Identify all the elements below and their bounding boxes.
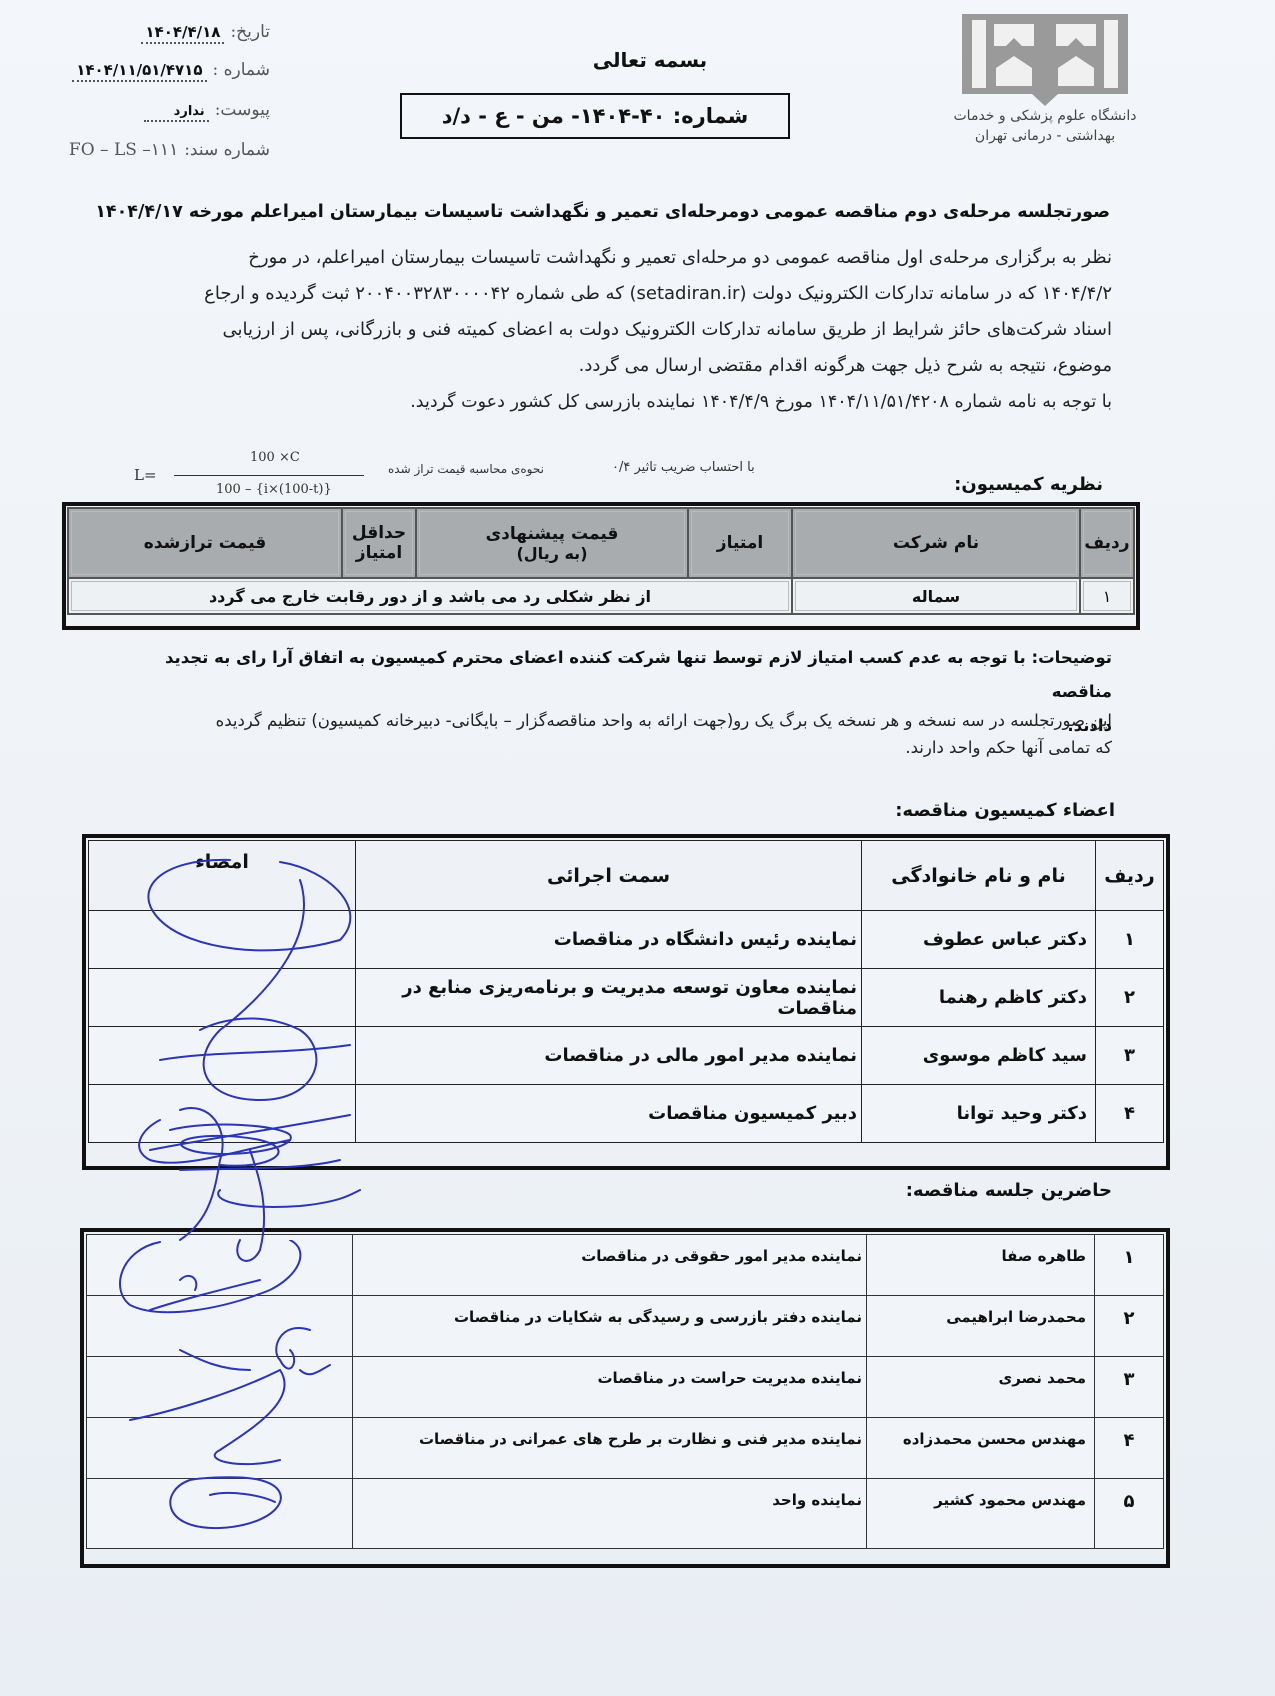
col-score: امتیاز [688, 508, 792, 578]
commission-opinion-heading: نظریه کمیسیون: [954, 474, 1103, 495]
letter-number-label: شماره : [213, 60, 271, 80]
signature-cell [87, 1479, 353, 1549]
attachment-field: پیوست: ندارد [144, 100, 270, 122]
row-index: ۱ [1080, 578, 1134, 614]
boxed-session-number: شماره: ۴۰-۱۴۰۴- من - ع - د/د [400, 93, 790, 139]
leveled-price-formula: L= 100 ×C 100 – {i×(100-t)} [130, 450, 390, 502]
attendee-role: نماینده واحد [353, 1479, 867, 1549]
commission-opinion-table: ردیف نام شرکت امتیاز قیمت پیشنهادی (به ر… [67, 507, 1135, 615]
university-name: دانشگاه علوم پزشکی و خدمات بهداشتی - درم… [940, 106, 1150, 146]
signature-cell [87, 1357, 353, 1418]
formula-lhs: L= [134, 466, 157, 484]
formula-caption: نحوه‌ی محاسبه قیمت تراز شده [388, 462, 544, 476]
doc-number-field: شماره سند: FO – LS –۱۱۱ [69, 140, 270, 160]
signature-cell [89, 1027, 356, 1085]
bismillah-heading: بسمه تعالی [540, 48, 760, 72]
row-index: ۱ [1095, 1235, 1164, 1296]
notes-text: توضیحات: با توجه به عدم کسب امتیاز لازم … [152, 641, 1112, 709]
row-index: ۴ [1096, 1085, 1164, 1143]
paragraph-line: موضوع، نتیجه به شرح ذیل جهت هرگونه اقدام… [152, 348, 1112, 384]
copies-line: این صورتجلسه در سه نسخه و هر نسخه یک برگ… [152, 707, 1112, 734]
paragraph-line: نظر به برگزاری مرحله‌ی اول مناقصه عمومی … [152, 240, 1112, 276]
attendees-table: ۱ طاهره صفا نماینده مدیر امور حقوقی در م… [86, 1234, 1164, 1549]
date-value: ۱۴۰۴/۴/۱۸ [141, 23, 224, 44]
formula-denominator: 100 – {i×(100-t)} [216, 482, 332, 497]
table-row: ۱ سماله از نظر شکلی رد می باشد و از دور … [68, 578, 1134, 614]
copies-statement: این صورتجلسه در سه نسخه و هر نسخه یک برگ… [152, 707, 1112, 761]
intro-paragraph: نظر به برگزاری مرحله‌ی اول مناقصه عمومی … [152, 240, 1112, 420]
signature-cell [87, 1235, 353, 1296]
paragraph-line: اسناد شرکت‌های حائز شرایط از طریق سامانه… [152, 312, 1112, 348]
commission-members-table: ردیف نام و نام خانوادگی سمت اجرائی امضاء… [88, 840, 1164, 1143]
company-name: سماله [792, 578, 1080, 614]
letter-number-field: شماره : ۱۴۰۴/۱۱/۵۱/۴۷۱۵ [72, 60, 270, 82]
attachment-value: ندارد [144, 104, 209, 122]
col-row-index: ردیف [1080, 508, 1134, 578]
table-row: ۴ دکتر وحید توانا دبیر کمیسیون مناقصات [89, 1085, 1164, 1143]
signature-cell [89, 1085, 356, 1143]
member-role: دبیر کمیسیون مناقصات [356, 1085, 862, 1143]
university-name-line1: دانشگاه علوم پزشکی و خدمات [940, 106, 1150, 126]
row-index: ۴ [1095, 1418, 1164, 1479]
table-row: ۱ طاهره صفا نماینده مدیر امور حقوقی در م… [87, 1235, 1164, 1296]
table-row: ۲ محمدرضا ابراهیمی نماینده دفتر بازرسی و… [87, 1296, 1164, 1357]
attendee-role: نماینده مدیریت حراست در مناقصات [353, 1357, 867, 1418]
member-name: سید کاظم موسوی [862, 1027, 1096, 1085]
university-name-line2: بهداشتی - درمانی تهران [940, 126, 1150, 146]
attendee-role: نماینده مدیر امور حقوقی در مناقصات [353, 1235, 867, 1296]
evaluation-result: از نظر شکلی رد می باشد و از دور رقابت خا… [68, 578, 792, 614]
minutes-title: صورتجلسه مرحله‌ی دوم مناقصه عمومی دومرحل… [95, 202, 1110, 222]
col-signature: امضاء [89, 841, 356, 911]
signature-cell [87, 1418, 353, 1479]
attendee-name: محمد نصری [867, 1357, 1095, 1418]
table-row: ۵ مهندس محمود کشیر نماینده واحد [87, 1479, 1164, 1549]
col-company-name: نام شرکت [792, 508, 1080, 578]
col-row-index: ردیف [1096, 841, 1164, 911]
col-proposed-price: قیمت پیشنهادی (به ریال) [416, 508, 688, 578]
attendee-role: نماینده مدیر فنی و نظارت بر طرح های عمرا… [353, 1418, 867, 1479]
scanned-document-page: تاریخ: ۱۴۰۴/۴/۱۸ شماره : ۱۴۰۴/۱۱/۵۱/۴۷۱۵… [0, 0, 1275, 1696]
doc-number-value: FO – LS –۱۱۱ [69, 140, 178, 160]
signature-cell [87, 1296, 353, 1357]
row-index: ۳ [1095, 1357, 1164, 1418]
row-index: ۲ [1095, 1296, 1164, 1357]
member-role: نماینده معاون توسعه مدیریت و برنامه‌ریزی… [356, 969, 862, 1027]
table-row: ۲ دکتر کاظم رهنما نماینده معاون توسعه مد… [89, 969, 1164, 1027]
doc-number-label: شماره سند: [184, 140, 270, 160]
formula-numerator: 100 ×C [250, 450, 300, 465]
row-index: ۵ [1095, 1479, 1164, 1549]
table-row: ۳ محمد نصری نماینده مدیریت حراست در مناق… [87, 1357, 1164, 1418]
col-executive-position: سمت اجرائی [356, 841, 862, 911]
attendee-name: محمدرضا ابراهیمی [867, 1296, 1095, 1357]
attendee-name: مهندس محمود کشیر [867, 1479, 1095, 1549]
row-index: ۲ [1096, 969, 1164, 1027]
table-header-row: ردیف نام و نام خانوادگی سمت اجرائی امضاء [89, 841, 1164, 911]
table-row: ۴ مهندس محسن محمدزاده نماینده مدیر فنی و… [87, 1418, 1164, 1479]
col-leveled-price: قیمت ترازشده [68, 508, 342, 578]
member-name: دکتر وحید توانا [862, 1085, 1096, 1143]
date-label: تاریخ: [230, 22, 270, 42]
col-minimum-score: حداقل امتیاز [342, 508, 416, 578]
fraction-bar [174, 475, 364, 476]
row-index: ۳ [1096, 1027, 1164, 1085]
university-logo-icon [962, 14, 1128, 106]
paragraph-line: ۱۴۰۴/۴/۲ که در سامانه تدارکات الکترونیک … [152, 276, 1112, 312]
table-row: ۱ دکتر عباس عطوف نماینده رئیس دانشگاه در… [89, 911, 1164, 969]
member-name: دکتر کاظم رهنما [862, 969, 1096, 1027]
date-field: تاریخ: ۱۴۰۴/۴/۱۸ [141, 22, 270, 44]
signature-cell [89, 911, 356, 969]
member-role: نماینده مدیر امور مالی در مناقصات [356, 1027, 862, 1085]
letter-number-value: ۱۴۰۴/۱۱/۵۱/۴۷۱۵ [72, 61, 206, 82]
coefficient-note: با احتساب ضریب تاثیر ۰/۴ [612, 460, 755, 475]
members-heading: اعضاء کمیسیون مناقصه: [895, 800, 1115, 821]
attachment-label: پیوست: [215, 100, 270, 120]
table-header-row: ردیف نام شرکت امتیاز قیمت پیشنهادی (به ر… [68, 508, 1134, 578]
member-name: دکتر عباس عطوف [862, 911, 1096, 969]
table-row: ۳ سید کاظم موسوی نماینده مدیر امور مالی … [89, 1027, 1164, 1085]
attendee-name: مهندس محسن محمدزاده [867, 1418, 1095, 1479]
attendees-heading: حاضرین جلسه مناقصه: [906, 1180, 1112, 1201]
signature-cell [89, 969, 356, 1027]
col-full-name: نام و نام خانوادگی [862, 841, 1096, 911]
attendee-name: طاهره صفا [867, 1235, 1095, 1296]
row-index: ۱ [1096, 911, 1164, 969]
invite-line: با توجه به نامه شماره ۱۴۰۴/۱۱/۵۱/۴۲۰۸ مو… [152, 384, 1112, 420]
copies-line: که تمامی آنها حکم واحد دارند. [152, 734, 1112, 761]
attendee-role: نماینده دفتر بازرسی و رسیدگی به شکایات د… [353, 1296, 867, 1357]
member-role: نماینده رئیس دانشگاه در مناقصات [356, 911, 862, 969]
